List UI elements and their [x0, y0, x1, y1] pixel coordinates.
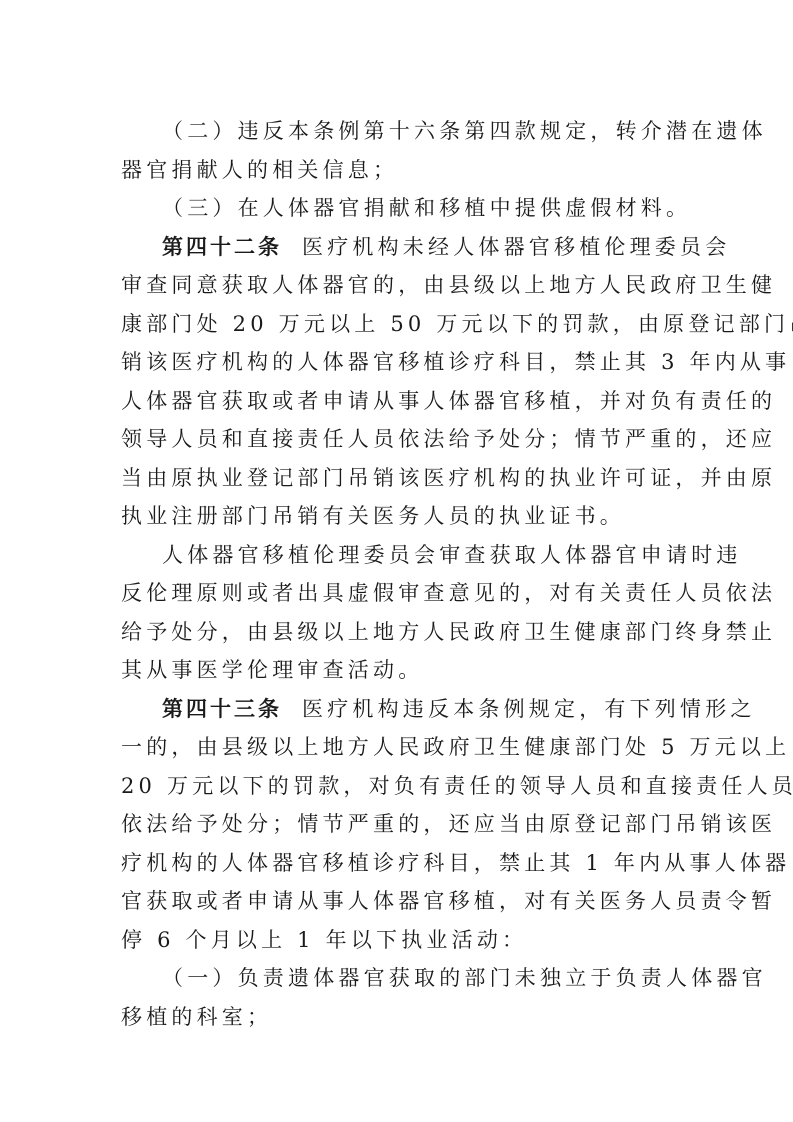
article-42: 第四十二条医疗机构未经人体器官移植伦理委员会 审查同意获取人体器官的，由县级以上…	[121, 228, 681, 536]
text-line: 执业注册部门吊销有关医务人员的执业证书。	[121, 497, 681, 536]
text-line: 给予处分，由县级以上地方人民政府卫生健康部门终身禁止	[121, 613, 681, 652]
document-page: （二）违反本条例第十六条第四款规定，转介潜在遗体 器官捐献人的相关信息； （三）…	[121, 112, 681, 1036]
text-line: （三）在人体器官捐献和移植中提供虚假材料。	[121, 189, 681, 228]
article-43: 第四十三条医疗机构违反本条例规定，有下列情形之 一的，由县级以上地方人民政府卫生…	[121, 690, 681, 960]
text-line: 官获取或者申请从事人体器官移植，对有关医务人员责令暂	[121, 882, 681, 921]
paragraph-item-3: （三）在人体器官捐献和移植中提供虚假材料。	[121, 189, 681, 228]
text-line: 第四十二条医疗机构未经人体器官移植伦理委员会	[121, 228, 681, 267]
text-line: 其从事医学伦理审查活动。	[121, 651, 681, 690]
article-heading: 第四十三条	[162, 697, 282, 721]
text-line: 康部门处 20 万元以上 50 万元以下的罚款，由原登记部门吊	[121, 305, 681, 344]
text-line: 销该医疗机构的人体器官移植诊疗科目，禁止其 3 年内从事	[121, 343, 681, 382]
text-span: 医疗机构违反本条例规定，有下列情形之	[302, 697, 756, 721]
text-line: 移植的科室；	[121, 998, 681, 1037]
text-line: （一）负责遗体器官获取的部门未独立于负责人体器官	[121, 959, 681, 998]
text-line: 器官捐献人的相关信息；	[121, 151, 681, 190]
text-line: 反伦理原则或者出具虚假审查意见的，对有关责任人员依法	[121, 574, 681, 613]
text-line: 依法给予处分；情节严重的，还应当由原登记部门吊销该医	[121, 805, 681, 844]
text-line: 领导人员和直接责任人员依法给予处分；情节严重的，还应	[121, 420, 681, 459]
text-line: （二）违反本条例第十六条第四款规定，转介潜在遗体	[121, 112, 681, 151]
text-line: 当由原执业登记部门吊销该医疗机构的执业许可证，并由原	[121, 459, 681, 498]
text-line: 第四十三条医疗机构违反本条例规定，有下列情形之	[121, 690, 681, 729]
text-line: 人体器官移植伦理委员会审查获取人体器官申请时违	[121, 536, 681, 575]
paragraph-item-43-1: （一）负责遗体器官获取的部门未独立于负责人体器官 移植的科室；	[121, 959, 681, 1036]
text-line: 停 6 个月以上 1 年以下执业活动：	[121, 921, 681, 960]
text-span: 医疗机构未经人体器官移植伦理委员会	[302, 235, 730, 259]
text-line: 审查同意获取人体器官的，由县级以上地方人民政府卫生健	[121, 266, 681, 305]
text-line: 一的，由县级以上地方人民政府卫生健康部门处 5 万元以上	[121, 728, 681, 767]
text-line: 人体器官获取或者申请从事人体器官移植，并对负有责任的	[121, 382, 681, 421]
article-42-paragraph-2: 人体器官移植伦理委员会审查获取人体器官申请时违 反伦理原则或者出具虚假审查意见的…	[121, 536, 681, 690]
article-heading: 第四十二条	[162, 235, 282, 259]
text-line: 疗机构的人体器官移植诊疗科目，禁止其 1 年内从事人体器	[121, 844, 681, 883]
text-line: 20 万元以下的罚款，对负有责任的领导人员和直接责任人员	[121, 767, 681, 806]
paragraph-item-2: （二）违反本条例第十六条第四款规定，转介潜在遗体 器官捐献人的相关信息；	[121, 112, 681, 189]
